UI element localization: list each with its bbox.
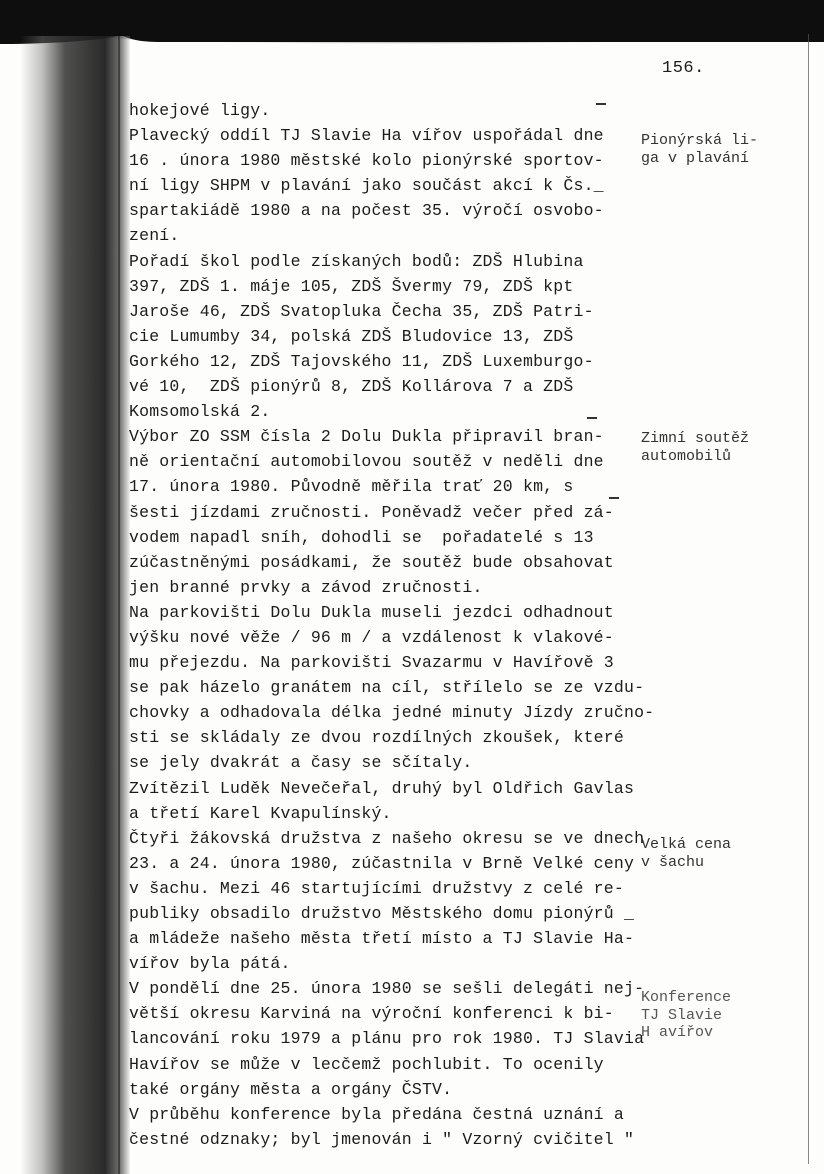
margin-note-winter-car-competition: Zimní soutěž automobilů	[641, 430, 811, 465]
text-line: spartakiádě 1980 a na počest 35. výročí …	[129, 198, 649, 223]
text-line: Plavecký oddíl TJ Slavie Ha vířov uspořá…	[129, 123, 649, 148]
text-line: chovky a odhadovala délka jedné minuty J…	[129, 700, 649, 725]
scan-top-curve-right	[118, 30, 824, 42]
text-line: a třetí Karel Kvapulínský.	[129, 801, 649, 826]
text-line: čestné odznaky; byl jmenován i " Vzorný …	[129, 1127, 649, 1152]
text-line: se pak házelo granátem na cíl, střílelo …	[129, 675, 649, 700]
text-line: sti se skládaly ze dvou rozdílných zkouš…	[129, 725, 649, 750]
text-line: cie Lumumby 34, polská ZDŠ Bludovice 13,…	[129, 324, 649, 349]
text-line: Havířov se může v lecčemž pochlubit. To …	[129, 1052, 649, 1077]
text-line: V průběhu konference byla předána čestná…	[129, 1102, 649, 1127]
page-number: 156.	[662, 59, 705, 78]
text-line: Komsomolská 2.	[129, 399, 649, 424]
text-line: jen branné prvky a závod zručnosti.	[129, 575, 649, 600]
text-line: lancování roku 1979 a plánu pro rok 1980…	[129, 1026, 649, 1051]
text-line: V pondělí dne 25. února 1980 se sešli de…	[129, 976, 649, 1001]
text-line: vé 10, ZDŠ pionýrů 8, ZDŠ Kollárova 7 a …	[129, 374, 649, 399]
text-line: vodem napadl sníh, dohodli se pořadatelé…	[129, 525, 649, 550]
text-line: 23. a 24. února 1980, zúčastnila v Brně …	[129, 851, 649, 876]
text-line: výšku nové věže / 96 m / a vzdálenost k …	[129, 625, 649, 650]
book-binding-shadow	[20, 36, 130, 1174]
text-line: 16 . února 1980 městské kolo pionýrské s…	[129, 148, 649, 173]
text-line: Na parkovišti Dolu Dukla museli jezdci o…	[129, 600, 649, 625]
margin-note-chess-grand-prix: Velká cena v šachu	[641, 836, 811, 871]
typewriter-stray-mark	[596, 103, 606, 105]
text-line: šesti jízdami zručnosti. Poněvadž večer …	[129, 500, 649, 525]
text-line: Čtyři žákovská družstva z našeho okresu …	[129, 826, 649, 851]
text-line: Zvítězil Luděk Nevečeřal, druhý byl Oldř…	[129, 776, 649, 801]
typewriter-stray-mark	[587, 417, 597, 419]
text-line: publiky obsadilo družstvo Městského domu…	[129, 901, 649, 926]
text-line: Výbor ZO SSM čísla 2 Dolu Dukla připravi…	[129, 424, 649, 449]
text-line: v šachu. Mezi 46 startujícími družstvy z…	[129, 876, 649, 901]
text-line: se jely dvakrát a časy se sčítaly.	[129, 750, 649, 775]
typewriter-stray-mark	[609, 497, 619, 499]
text-line: ní ligy SHPM v plavání jako součást akcí…	[129, 173, 649, 198]
text-line: Pořadí škol podle získaných bodů: ZDŠ Hl…	[129, 249, 649, 274]
margin-note-pioneer-swimming-league: Pionýrská li- ga v plavání	[641, 132, 811, 167]
text-line: a mládeže našeho města třetí místo a TJ …	[129, 926, 649, 951]
text-line: větší okresu Karviná na výroční konferen…	[129, 1001, 649, 1026]
text-line: vířov byla pátá.	[129, 951, 649, 976]
text-line: zúčastněnými posádkami, že soutěž bude o…	[129, 550, 649, 575]
text-line: ně orientační automobilovou soutěž v ned…	[129, 449, 649, 474]
text-line: 17. února 1980. Původně měřila trať 20 k…	[129, 474, 649, 499]
text-line: Jaroše 46, ZDŠ Svatopluka Čecha 35, ZDŠ …	[129, 299, 649, 324]
chronicle-body-text: hokejové ligy. Plavecký oddíl TJ Slavie …	[129, 98, 649, 1152]
margin-note-tj-slavie-conference: Konference TJ Slavie H avířov	[641, 989, 811, 1042]
text-line: hokejové ligy.	[129, 98, 649, 123]
text-line: mu přejezdu. Na parkovišti Svazarmu v Ha…	[129, 650, 649, 675]
text-line: Gorkého 12, ZDŠ Tajovského 11, ZDŠ Luxem…	[129, 349, 649, 374]
book-gutter-line	[118, 36, 120, 1174]
text-line: zení.	[129, 223, 649, 248]
text-line: 397, ZDŠ 1. máje 105, ZDŠ Švermy 79, ZDŠ…	[129, 274, 649, 299]
text-line: také orgány města a orgány ČSTV.	[129, 1077, 649, 1102]
